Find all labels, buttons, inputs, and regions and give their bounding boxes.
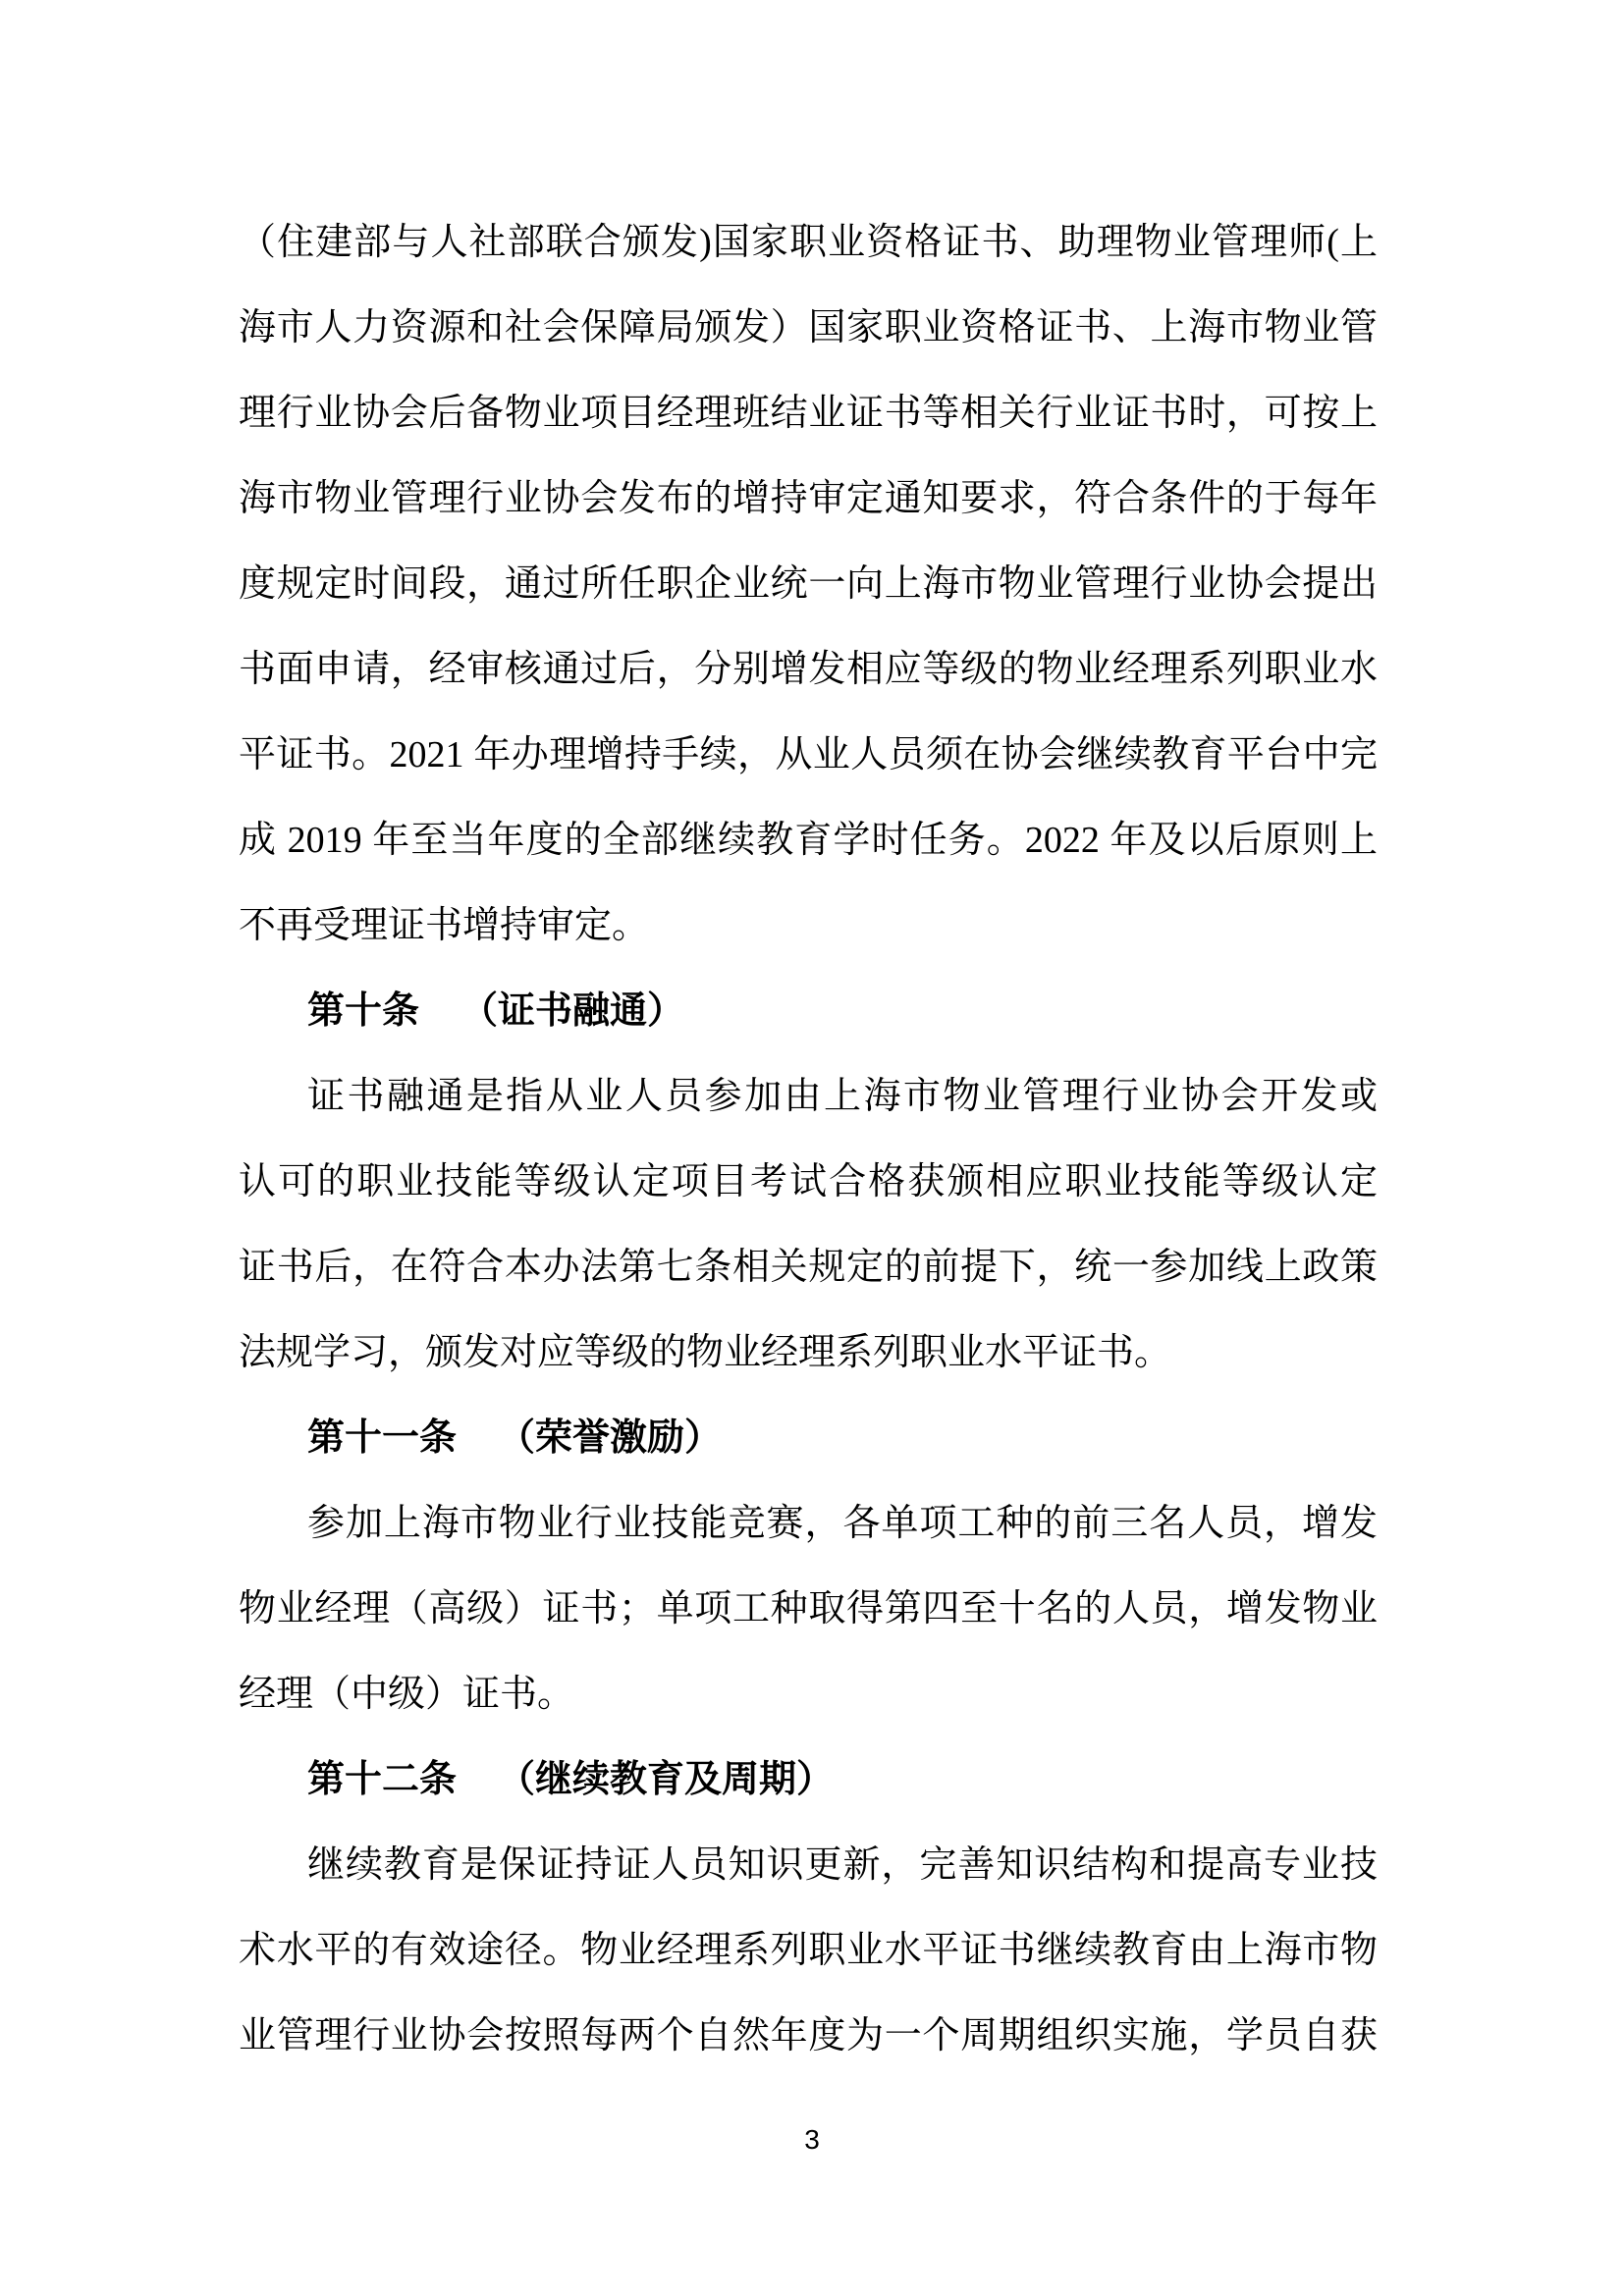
section-heading: 第十一条（荣誉激励） <box>239 1396 1378 1481</box>
text-line: （住建部与人社部联合颁发)国家职业资格证书、助理物业管理师(上 <box>239 200 1378 286</box>
document-page: （住建部与人社部联合颁发)国家职业资格证书、助理物业管理师(上海市人力资源和社会… <box>0 0 1624 2296</box>
text-line: 继续教育是保证持证人员知识更新，完善知识结构和提高专业技 <box>239 1823 1378 1908</box>
text-line: 书面申请，经审核通过后，分别增发相应等级的物业经理系列职业水 <box>239 627 1378 713</box>
text-line: 度规定时间段，通过所任职企业统一向上海市物业管理行业协会提出 <box>239 542 1378 627</box>
section-heading-title: （荣誉激励） <box>498 1417 722 1459</box>
document-body: （住建部与人社部联合颁发)国家职业资格证书、助理物业管理师(上海市人力资源和社会… <box>239 200 1378 2079</box>
section-heading-number: 第十条 <box>307 990 419 1032</box>
text-line: 物业经理（高级）证书；单项工种取得第四至十名的人员，增发物业 <box>239 1567 1378 1652</box>
text-line: 海市物业管理行业协会发布的增持审定通知要求，符合条件的于每年 <box>239 456 1378 542</box>
text-line: 参加上海市物业行业技能竞赛，各单项工种的前三名人员，增发 <box>239 1481 1378 1567</box>
text-line: 证书后，在符合本办法第七条相关规定的前提下，统一参加线上政策 <box>239 1225 1378 1310</box>
text-line: 经理（中级）证书。 <box>239 1652 1378 1737</box>
section-heading-title: （继续教育及周期） <box>498 1759 834 1800</box>
section-heading-number: 第十一条 <box>307 1417 457 1459</box>
text-line: 证书融通是指从业人员参加由上海市物业管理行业协会开发或 <box>239 1054 1378 1140</box>
text-line: 业管理行业协会按照每两个自然年度为一个周期组织实施，学员自获 <box>239 1994 1378 2079</box>
text-line: 平证书。2021 年办理增持手续，从业人员须在协会继续教育平台中完 <box>239 713 1378 798</box>
section-heading: 第十二条（继续教育及周期） <box>239 1737 1378 1823</box>
text-line: 法规学习，颁发对应等级的物业经理系列职业水平证书。 <box>239 1310 1378 1396</box>
text-line: 理行业协会后备物业项目经理班结业证书等相关行业证书时，可按上 <box>239 371 1378 456</box>
text-line: 认可的职业技能等级认定项目考试合格获颁相应职业技能等级认定 <box>239 1140 1378 1225</box>
section-heading-title: （证书融通） <box>460 990 684 1032</box>
text-line: 术水平的有效途径。物业经理系列职业水平证书继续教育由上海市物 <box>239 1908 1378 1994</box>
text-line: 海市人力资源和社会保障局颁发）国家职业资格证书、上海市物业管 <box>239 286 1378 371</box>
text-line: 不再受理证书增持审定。 <box>239 883 1378 969</box>
page-number: 3 <box>0 2120 1624 2160</box>
text-line: 成 2019 年至当年度的全部继续教育学时任务。2022 年及以后原则上 <box>239 798 1378 883</box>
section-heading: 第十条（证书融通） <box>239 969 1378 1054</box>
section-heading-number: 第十二条 <box>307 1759 457 1800</box>
